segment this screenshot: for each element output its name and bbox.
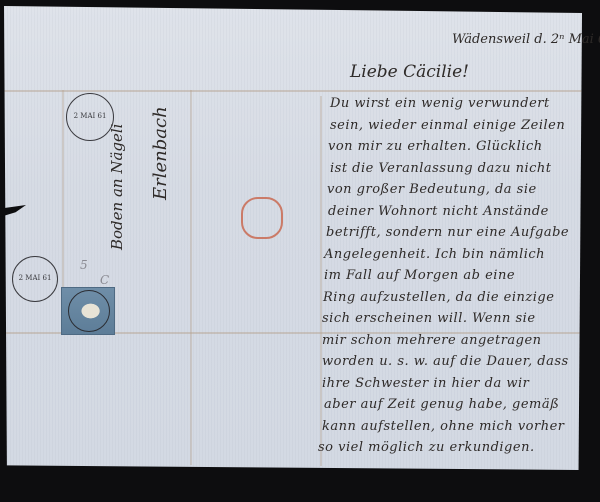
letter-body-line: kann aufstellen, ohne mich vorher	[322, 419, 565, 434]
postage-stamp	[61, 287, 115, 335]
wax-seal-mark	[241, 197, 283, 239]
letter-body-line: so viel möglich zu erkundigen.	[318, 440, 535, 455]
letter-body-line: von großer Bedeutung, da sie	[327, 182, 537, 197]
fold-line	[190, 90, 192, 465]
letter-body-line: Ring aufzustellen, da die einzige	[323, 290, 554, 305]
letter-body-line: ihre Schwester in hier da wir	[322, 376, 529, 391]
letter-body-line: Angelegenheit. Ich bin nämlich	[324, 247, 545, 262]
letter-body-line: worden u. s. w. auf die Dauer, dass	[322, 354, 569, 369]
pencil-note: 5	[80, 258, 88, 272]
postmark-wadenschweil: 2 MAI 61	[66, 93, 114, 141]
letter-body-line: deiner Wohnort nicht Anstände	[328, 204, 549, 219]
letter-body-line: mir schon mehrere angetragen	[322, 333, 542, 348]
postmark-erlenbach: 2 MAI 61	[12, 256, 58, 302]
address-line-2: Erlenbach	[150, 106, 171, 200]
cancel-mark	[68, 290, 110, 332]
dateline: Wädensweil d. 2ⁿ Mai 61.	[452, 32, 600, 47]
letter-body-line: sich erscheinen will. Wenn sie	[322, 311, 536, 326]
letter-body-line: aber auf Zeit genug habe, gemäß	[324, 397, 559, 412]
postmark-date: 2 MAI 61	[19, 275, 52, 283]
letter-body-line: Du wirst ein wenig verwundert	[330, 96, 550, 111]
postmark-date: 2 MAI 61	[74, 113, 107, 121]
address-line-1: Boden an Nägeli	[108, 124, 126, 250]
letter-body-line: ist die Veranlassung dazu nicht	[330, 161, 552, 176]
salutation: Liebe Cäcilie!	[350, 62, 469, 82]
pencil-note: C	[100, 273, 109, 287]
fold-line	[4, 90, 582, 92]
letter-body-line: betrifft, sondern nur eine Aufgabe	[326, 225, 569, 240]
fold-line	[320, 96, 322, 466]
letter-body-line: sein, wieder einmal einige Zeilen	[330, 118, 565, 133]
letter-body-line: von mir zu erhalten. Glücklich	[328, 139, 543, 154]
letter-body-line: im Fall auf Morgen ab eine	[324, 268, 515, 283]
